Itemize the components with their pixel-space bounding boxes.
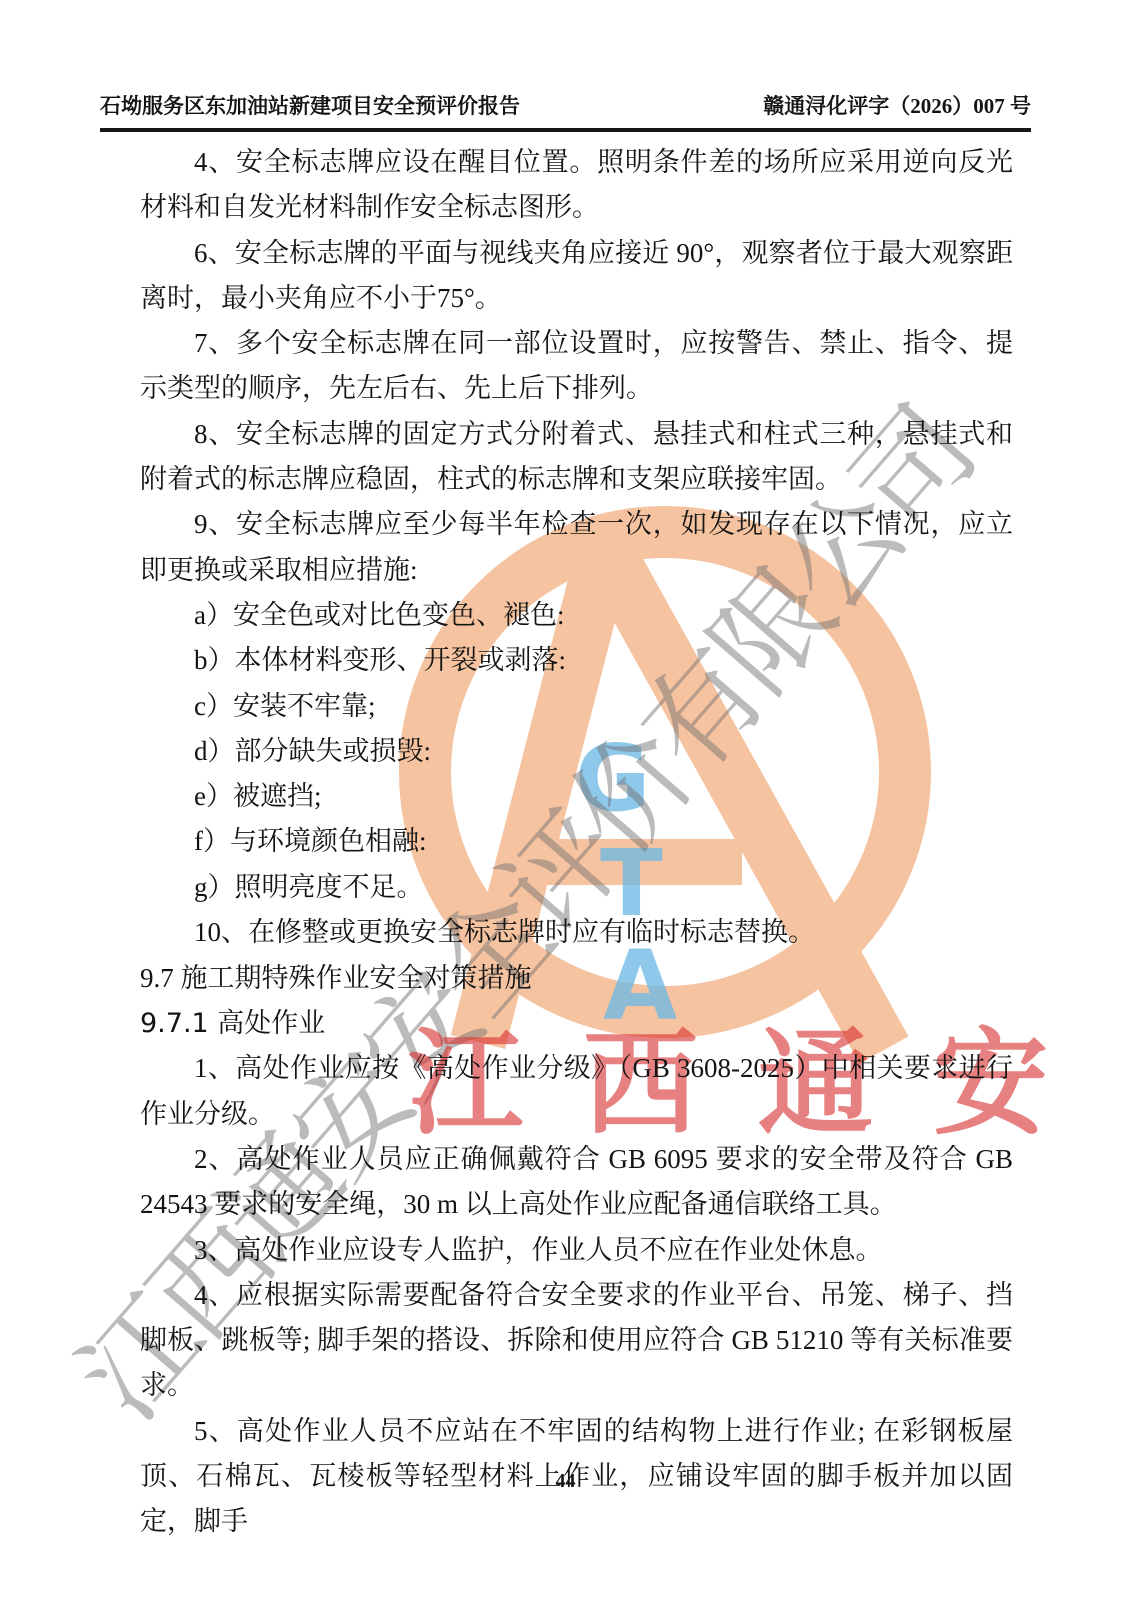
section-heading: 9.7 施工期特殊作业安全对策措施 bbox=[140, 955, 1013, 1001]
list-item: g）照明亮度不足。 bbox=[140, 865, 1013, 910]
paragraph: 3、高处作业应设专人监护，作业人员不应在作业处休息。 bbox=[140, 1228, 1013, 1273]
list-item: e）被遮挡; bbox=[140, 774, 1013, 819]
paragraph: 10、在修整或更换安全标志牌时应有临时标志替换。 bbox=[140, 910, 1013, 955]
paragraph: 2、高处作业人员应正确佩戴符合 GB 6095 要求的安全带及符合 GB 245… bbox=[140, 1137, 1013, 1228]
list-item: f）与环境颜色相融: bbox=[140, 819, 1013, 864]
paragraph: 9、安全标志牌应至少每半年检查一次，如发现存在以下情况，应立即更换或采取相应措施… bbox=[140, 502, 1013, 593]
subsection-heading: 9.7.1 高处作业 bbox=[140, 1001, 1013, 1046]
list-item: c）安装不牢靠; bbox=[140, 684, 1013, 729]
paragraph: 4、应根据实际需要配备符合安全要求的作业平台、吊笼、梯子、挡脚板、跳板等; 脚手… bbox=[140, 1273, 1013, 1409]
body-text: 4、安全标志牌应设在醒目位置。照明条件差的场所应采用逆向反光材料和自发光材料制作… bbox=[140, 140, 1013, 1545]
paragraph: 8、安全标志牌的固定方式分附着式、悬挂式和柱式三种，悬挂式和附着式的标志牌应稳固… bbox=[140, 412, 1013, 503]
header-report-title: 石坳服务区东加油站新建项目安全预评价报告 bbox=[100, 90, 520, 120]
document-content: 石坳服务区东加油站新建项目安全预评价报告 赣通浔化评字（2026）007 号 4… bbox=[0, 0, 1131, 1600]
document-page: G T A 江西通安安全评价有限公司 江西通安 石坳服务区东加油站新建项目安全预… bbox=[0, 0, 1131, 1600]
list-item: a）安全色或对比色变色、褪色: bbox=[140, 593, 1013, 638]
page-number: 44 bbox=[556, 1470, 576, 1492]
paragraph: 7、多个安全标志牌在同一部位设置时，应按警告、禁止、指令、提示类型的顺序，先左后… bbox=[140, 321, 1013, 412]
page-header: 石坳服务区东加油站新建项目安全预评价报告 赣通浔化评字（2026）007 号 bbox=[100, 90, 1031, 132]
header-document-number: 赣通浔化评字（2026）007 号 bbox=[763, 90, 1031, 120]
list-item: d）部分缺失或损毁: bbox=[140, 729, 1013, 774]
paragraph: 4、安全标志牌应设在醒目位置。照明条件差的场所应采用逆向反光材料和自发光材料制作… bbox=[140, 140, 1013, 231]
paragraph: 6、安全标志牌的平面与视线夹角应接近 90°，观察者位于最大观察距离时，最小夹角… bbox=[140, 231, 1013, 322]
paragraph: 1、高处作业应按《高处作业分级》（GB 3608-2025）中相关要求进行作业分… bbox=[140, 1046, 1013, 1137]
page-footer: 44 bbox=[0, 1470, 1131, 1493]
list-item: b）本体材料变形、开裂或剥落: bbox=[140, 638, 1013, 683]
